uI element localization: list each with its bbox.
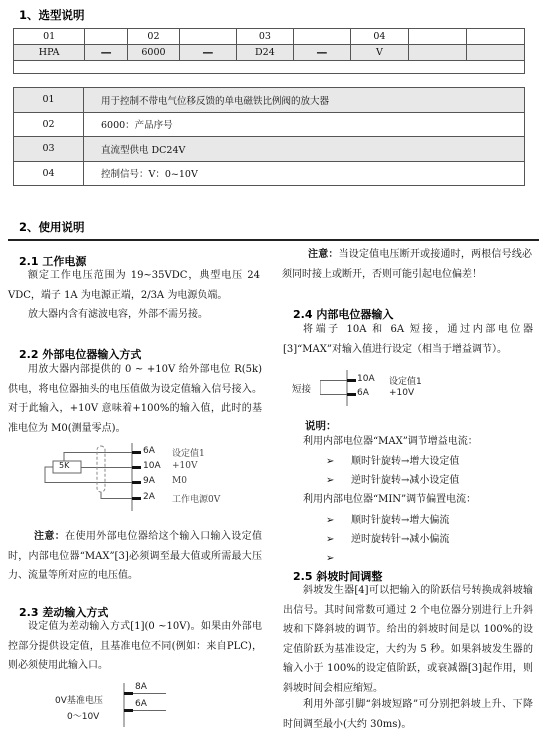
- paragraph: 设定值为差动输入方式[1](0 ~10V)。如果由外部电控部分提供设定值，且基准…: [8, 617, 262, 676]
- row-text: 直流型供电 DC24V: [84, 137, 525, 162]
- description-table: 01 用于控制不带电气位移反馈的单电磁铁比例阀的放大器 02 6000：产品序号…: [13, 87, 525, 186]
- short-label: 短接: [292, 381, 311, 395]
- row-text: 控制信号：V：0~10V: [84, 161, 525, 186]
- terminal-pin: 6A: [357, 388, 369, 398]
- section-2-title: 2、使用说明: [19, 219, 85, 235]
- table-cell: [179, 29, 236, 45]
- table-row: 03 直流型供电 DC24V: [14, 137, 525, 162]
- table-row: 01 用于控制不带电气位移反馈的单电磁铁比例阀的放大器: [14, 88, 525, 113]
- explain-title: 说明：: [305, 418, 337, 433]
- paragraph: 利用外部引脚“斜坡短路”可分别把斜坡上升、下降时间调至最小(大约 30ms)。: [283, 695, 533, 731]
- paragraph: 将端子 10A 和 6A 短接，通过内部电位器[3]“MAX”对输入值进行设定（…: [283, 320, 533, 359]
- bullet-arrow-icon: ➢: [326, 534, 334, 545]
- table-cell: 02: [128, 29, 180, 45]
- table-cell: [85, 29, 128, 45]
- note-paragraph: 注意：在使用外部电位器给这个输入口输入设定值时，内部电位器“MAX”[3]必须调…: [8, 527, 262, 586]
- table-row: [14, 61, 525, 74]
- row-text: 用于控制不带电气位移反馈的单电磁铁比例阀的放大器: [84, 88, 525, 113]
- terminal-pin: 10A: [143, 461, 161, 471]
- table-cell: [466, 29, 524, 45]
- table-cell: [408, 29, 466, 45]
- terminal-pin: 6A: [135, 699, 147, 709]
- row-number: 04: [14, 161, 84, 186]
- table-row: 02 6000：产品序号: [14, 112, 525, 137]
- paragraph: 用放大器内部提供的 0 ~ +10V 给外部电位 R(5k)供电，将电位器抽头的…: [8, 360, 262, 438]
- diagram-label: 0V基准电压: [55, 693, 103, 706]
- terminal-pin: 8A: [135, 682, 147, 692]
- table-cell: [293, 29, 350, 45]
- table-cell: 01: [14, 29, 85, 45]
- section-1-title: 1、选型说明: [19, 7, 85, 23]
- terminal-label: 工作电源0V: [172, 492, 220, 505]
- internal-short-diagram: 10A 6A 设定值1 +10V: [320, 370, 480, 406]
- table-row: 01 02 03 04: [14, 29, 525, 45]
- differential-input-diagram: 0V基准电压 0～10V 8A 6A: [55, 683, 185, 727]
- table-cell: —: [293, 45, 350, 61]
- selection-code-table: 01 02 03 04 HPA — 6000 — D24 — V: [13, 28, 525, 74]
- bullet-arrow-icon: ➢: [326, 456, 334, 467]
- table-cell: 6000: [128, 45, 180, 61]
- terminal-pin: 9A: [143, 476, 155, 486]
- note-label: 注意：: [308, 249, 339, 260]
- terminal-pin: 10A: [357, 374, 375, 384]
- table-cell: [466, 45, 524, 61]
- row-number: 03: [14, 137, 84, 162]
- terminal-label: 设定值1: [389, 374, 422, 387]
- note-label: 注意：: [34, 531, 65, 542]
- table-cell: —: [85, 45, 128, 61]
- paragraph: 放大器内含有滤波电容，外部不需另接。: [8, 305, 260, 325]
- bullet-item: 逆时旋转针→减小偏流: [351, 530, 449, 550]
- table-cell: D24: [236, 45, 293, 61]
- paragraph: 额定工作电压范围为 19~35VDC，典型电压 24 VDC，端子 1A 为电源…: [8, 266, 260, 305]
- table-cell: V: [350, 45, 408, 61]
- max-line: 利用内部电位器“MAX”调节增益电流：: [303, 432, 533, 452]
- bullet-item: 顺时针旋转→增大偏流: [351, 511, 449, 531]
- table-cell: 03: [236, 29, 293, 45]
- resistor-label: 5K: [59, 461, 69, 470]
- table-cell: 04: [350, 29, 408, 45]
- table-cell: [14, 61, 525, 74]
- terminal-label: +10V: [389, 388, 414, 398]
- table-cell: —: [179, 45, 236, 61]
- bullet-arrow-icon: ➢: [326, 515, 334, 526]
- bullet-arrow-icon: ➢: [326, 553, 334, 564]
- terminal-pin: 6A: [143, 446, 155, 456]
- terminal-label: 设定值1: [172, 446, 205, 459]
- bullet-item: 逆时针旋转→减小设定值: [351, 471, 459, 491]
- potentiometer-wiring-diagram: 5K 6A 10A 9A 2A 设定值1 +10V M0 工作电源0V: [40, 443, 260, 511]
- table-cell: [408, 45, 466, 61]
- table-row: HPA — 6000 — D24 — V: [14, 45, 525, 61]
- terminal-label: M0: [172, 476, 187, 486]
- terminal-label: +10V: [172, 461, 198, 471]
- table-row: 04 控制信号：V：0~10V: [14, 161, 525, 186]
- diagram-label: 0～10V: [67, 709, 99, 722]
- row-number: 02: [14, 112, 84, 137]
- terminal-pin: 2A: [143, 492, 155, 502]
- table-cell: HPA: [14, 45, 85, 61]
- bullet-arrow-icon: ➢: [326, 475, 334, 486]
- bullet-item: 顺时针旋转→增大设定值: [351, 452, 459, 472]
- note-paragraph: 注意：当设定值电压断开或接通时，两根信号线必须同时接上或断开，否则可能引起电位偏…: [282, 245, 532, 284]
- paragraph: 斜坡发生器[4]可以把输入的阶跃信号转换成斜坡输出信号。其时间常数可通过 2 个…: [283, 581, 533, 698]
- min-line: 利用内部电位器“MIN”调节偏置电流：: [303, 490, 533, 510]
- row-number: 01: [14, 88, 84, 113]
- section-divider: [8, 239, 539, 241]
- row-text: 6000：产品序号: [84, 112, 525, 137]
